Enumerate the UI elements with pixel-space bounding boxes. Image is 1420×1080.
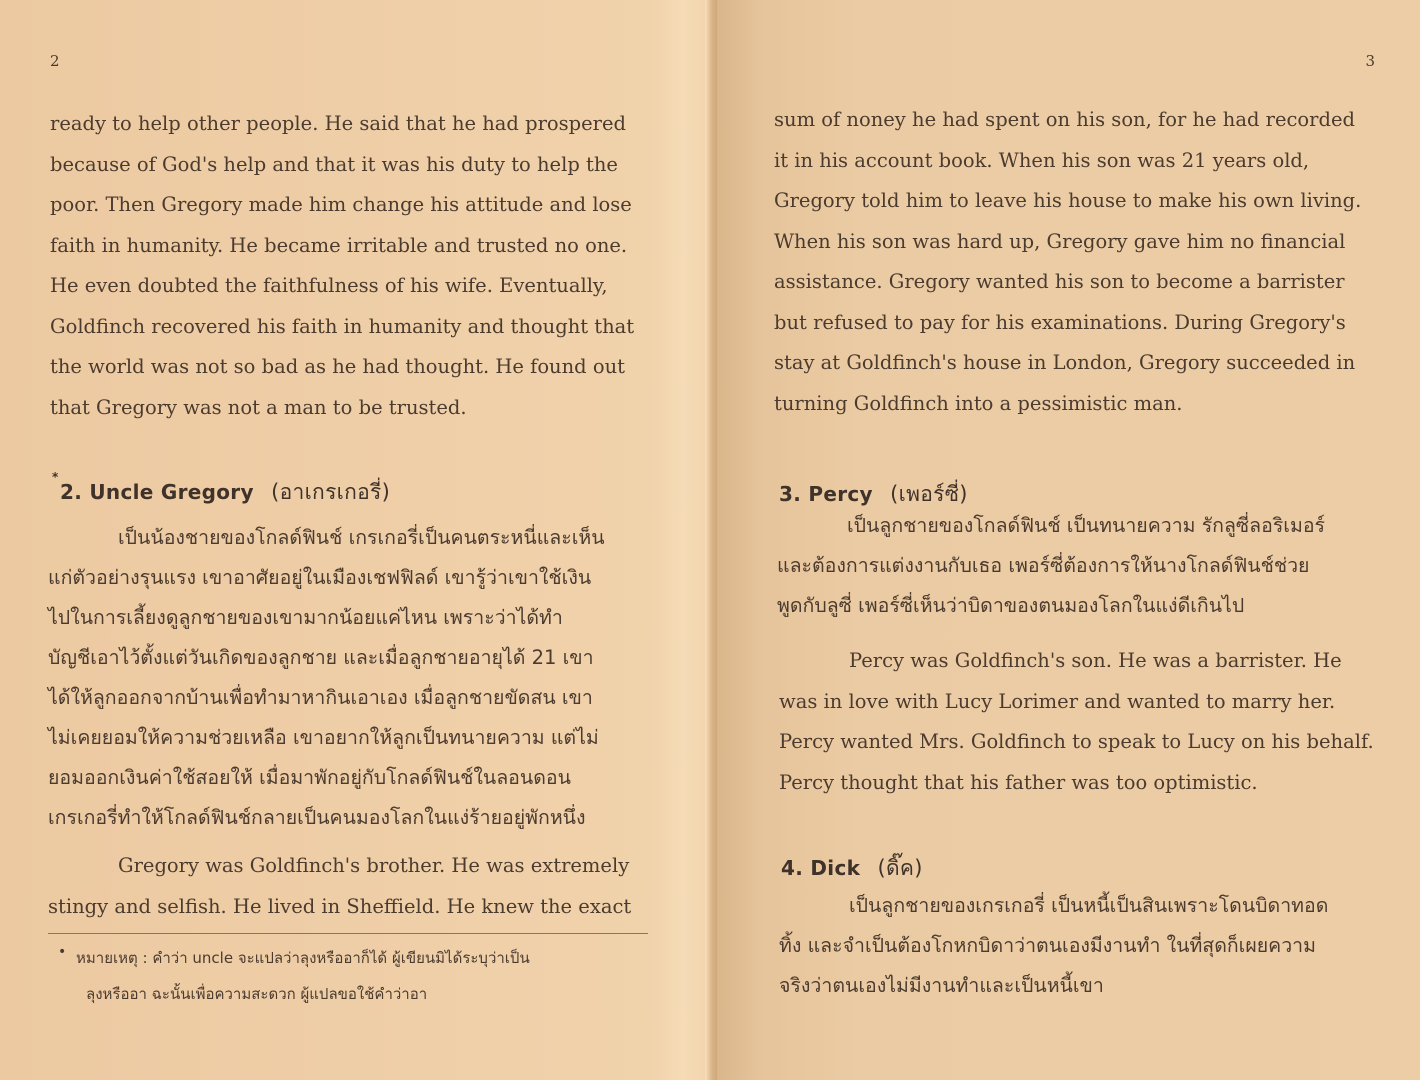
footnote-line: ลุงหรืออา ฉะนั้นเพื่อความสะดวก ผู้แปลขอใ…	[76, 976, 646, 1012]
text-line: poor. Then Gregory made him change his a…	[50, 185, 648, 226]
footnote-line: หมายเหตุ : คำว่า uncle จะแปลว่าลุงหรืออา…	[76, 940, 646, 976]
text-line: เป็นน้องชายของโกลด์ฟินช์ เกรเกอรี่เป็นคน…	[48, 518, 650, 558]
section-thai-title: (เพอร์ซี่)	[890, 482, 968, 506]
thai-paragraph: เป็นลูกชายของโกลด์ฟินช์ เป็นทนายความ รัก…	[777, 506, 1381, 626]
text-line: the world was not so bad as he had thoug…	[50, 347, 648, 388]
text-line: it in his account book. When his son was…	[774, 141, 1376, 182]
text-line: When his son was hard up, Gregory gave h…	[774, 222, 1376, 263]
text-line: but refused to pay for his examinations.…	[774, 303, 1376, 344]
section-thai-title: (ดิ๊ค)	[877, 856, 922, 880]
text-line: because of God's help and that it was hi…	[50, 145, 648, 186]
section-number: 2.	[60, 480, 82, 504]
text-line: ไม่เคยยอมให้ความช่วยเหลือ เขาอยากให้ลูกเ…	[48, 718, 650, 758]
text-line: และต้องการแต่งงานกับเธอ เพอร์ซี่ต้องการใ…	[777, 546, 1381, 586]
text-line: ยอมออกเงินค่าใช้สอยให้ เมื่อมาพักอยู่กับ…	[48, 758, 650, 798]
section-heading-dick: 4. Dick (ดิ๊ค)	[781, 852, 923, 885]
english-paragraph: Gregory was Goldfinch's brother. He was …	[48, 846, 648, 927]
text-line: Percy was Goldfinch's son. He was a barr…	[779, 641, 1381, 682]
text-line: that Gregory was not a man to be trusted…	[50, 388, 648, 429]
text-line: assistance. Gregory wanted his son to be…	[774, 262, 1376, 303]
page-number: 2	[50, 52, 60, 70]
text-line: Goldfinch recovered his faith in humanit…	[50, 307, 648, 348]
section-number: 3.	[779, 482, 801, 506]
book-gutter	[705, 0, 717, 1080]
intro-paragraph: sum of noney he had spent on his son, fo…	[774, 100, 1376, 424]
text-line: Percy wanted Mrs. Goldfinch to speak to …	[779, 722, 1381, 763]
thai-paragraph: เป็นน้องชายของโกลด์ฟินช์ เกรเกอรี่เป็นคน…	[48, 518, 650, 838]
text-line: turning Goldfinch into a pessimistic man…	[774, 384, 1376, 425]
text-line: จริงว่าตนเองไม่มีงานทำและเป็นหนี้เขา	[779, 966, 1383, 1006]
text-line: เป็นลูกชายของโกลด์ฟินช์ เป็นทนายความ รัก…	[777, 506, 1381, 546]
text-line: ได้ให้ลูกออกจากบ้านเพื่อทำมาหากินเอาเอง …	[48, 678, 650, 718]
book-spread: 2 ready to help other people. He said th…	[0, 0, 1420, 1080]
english-paragraph: Percy was Goldfinch's son. He was a barr…	[779, 641, 1381, 803]
text-line: ready to help other people. He said that…	[50, 104, 648, 145]
text-line: He even doubted the faithfulness of his …	[50, 266, 648, 307]
section-title: Dick	[810, 856, 860, 880]
page-number: 3	[1365, 52, 1375, 70]
section-heading-uncle-gregory: * 2. Uncle Gregory (อาเกรเกอรี่)	[60, 476, 390, 509]
text-line: Gregory was Goldfinch's brother. He was …	[48, 846, 648, 887]
section-title: Percy	[808, 482, 872, 506]
text-line: faith in humanity. He became irritable a…	[50, 226, 648, 267]
text-line: พูดกับลูซี่ เพอร์ซี่เห็นว่าบิดาของตนมองโ…	[777, 586, 1381, 626]
text-line: Gregory told him to leave his house to m…	[774, 181, 1376, 222]
footnote: • หมายเหตุ : คำว่า uncle จะแปลว่าลุงหรือ…	[76, 940, 646, 1012]
text-line: Percy thought that his father was too op…	[779, 763, 1381, 804]
text-line: stingy and selfish. He lived in Sheffiel…	[48, 887, 648, 928]
section-thai-title: (อาเกรเกอรี่)	[271, 480, 390, 504]
left-page: 2 ready to help other people. He said th…	[0, 0, 705, 1080]
text-line: ไปในการเลี้ยงดูลูกชายของเขามากน้อยแค่ไหน…	[48, 598, 650, 638]
footnote-divider	[48, 933, 648, 934]
footnote-bullet: •	[58, 934, 66, 970]
text-line: เป็นลูกชายของเกรเกอรี่ เป็นหนี้เป็นสินเพ…	[779, 886, 1383, 926]
text-line: was in love with Lucy Lorimer and wanted…	[779, 682, 1381, 723]
footnote-marker: *	[52, 470, 59, 484]
section-title: Uncle Gregory	[89, 480, 253, 504]
right-page: 3 sum of noney he had spent on his son, …	[717, 0, 1420, 1080]
intro-paragraph: ready to help other people. He said that…	[50, 104, 648, 428]
text-line: ทิ้ง และจำเป็นต้องโกหกบิดาว่าตนเองมีงานท…	[779, 926, 1383, 966]
text-line: บัญชีเอาไว้ตั้งแต่วันเกิดของลูกชาย และเม…	[48, 638, 650, 678]
section-number: 4.	[781, 856, 803, 880]
text-line: stay at Goldfinch's house in London, Gre…	[774, 343, 1376, 384]
text-line: เกรเกอรี่ทำให้โกลด์ฟินช์กลายเป็นคนมองโลก…	[48, 798, 650, 838]
thai-paragraph: เป็นลูกชายของเกรเกอรี่ เป็นหนี้เป็นสินเพ…	[779, 886, 1383, 1006]
text-line: sum of noney he had spent on his son, fo…	[774, 100, 1376, 141]
text-line: แก่ตัวอย่างรุนแรง เขาอาศัยอยู่ในเมืองเชฟ…	[48, 558, 650, 598]
